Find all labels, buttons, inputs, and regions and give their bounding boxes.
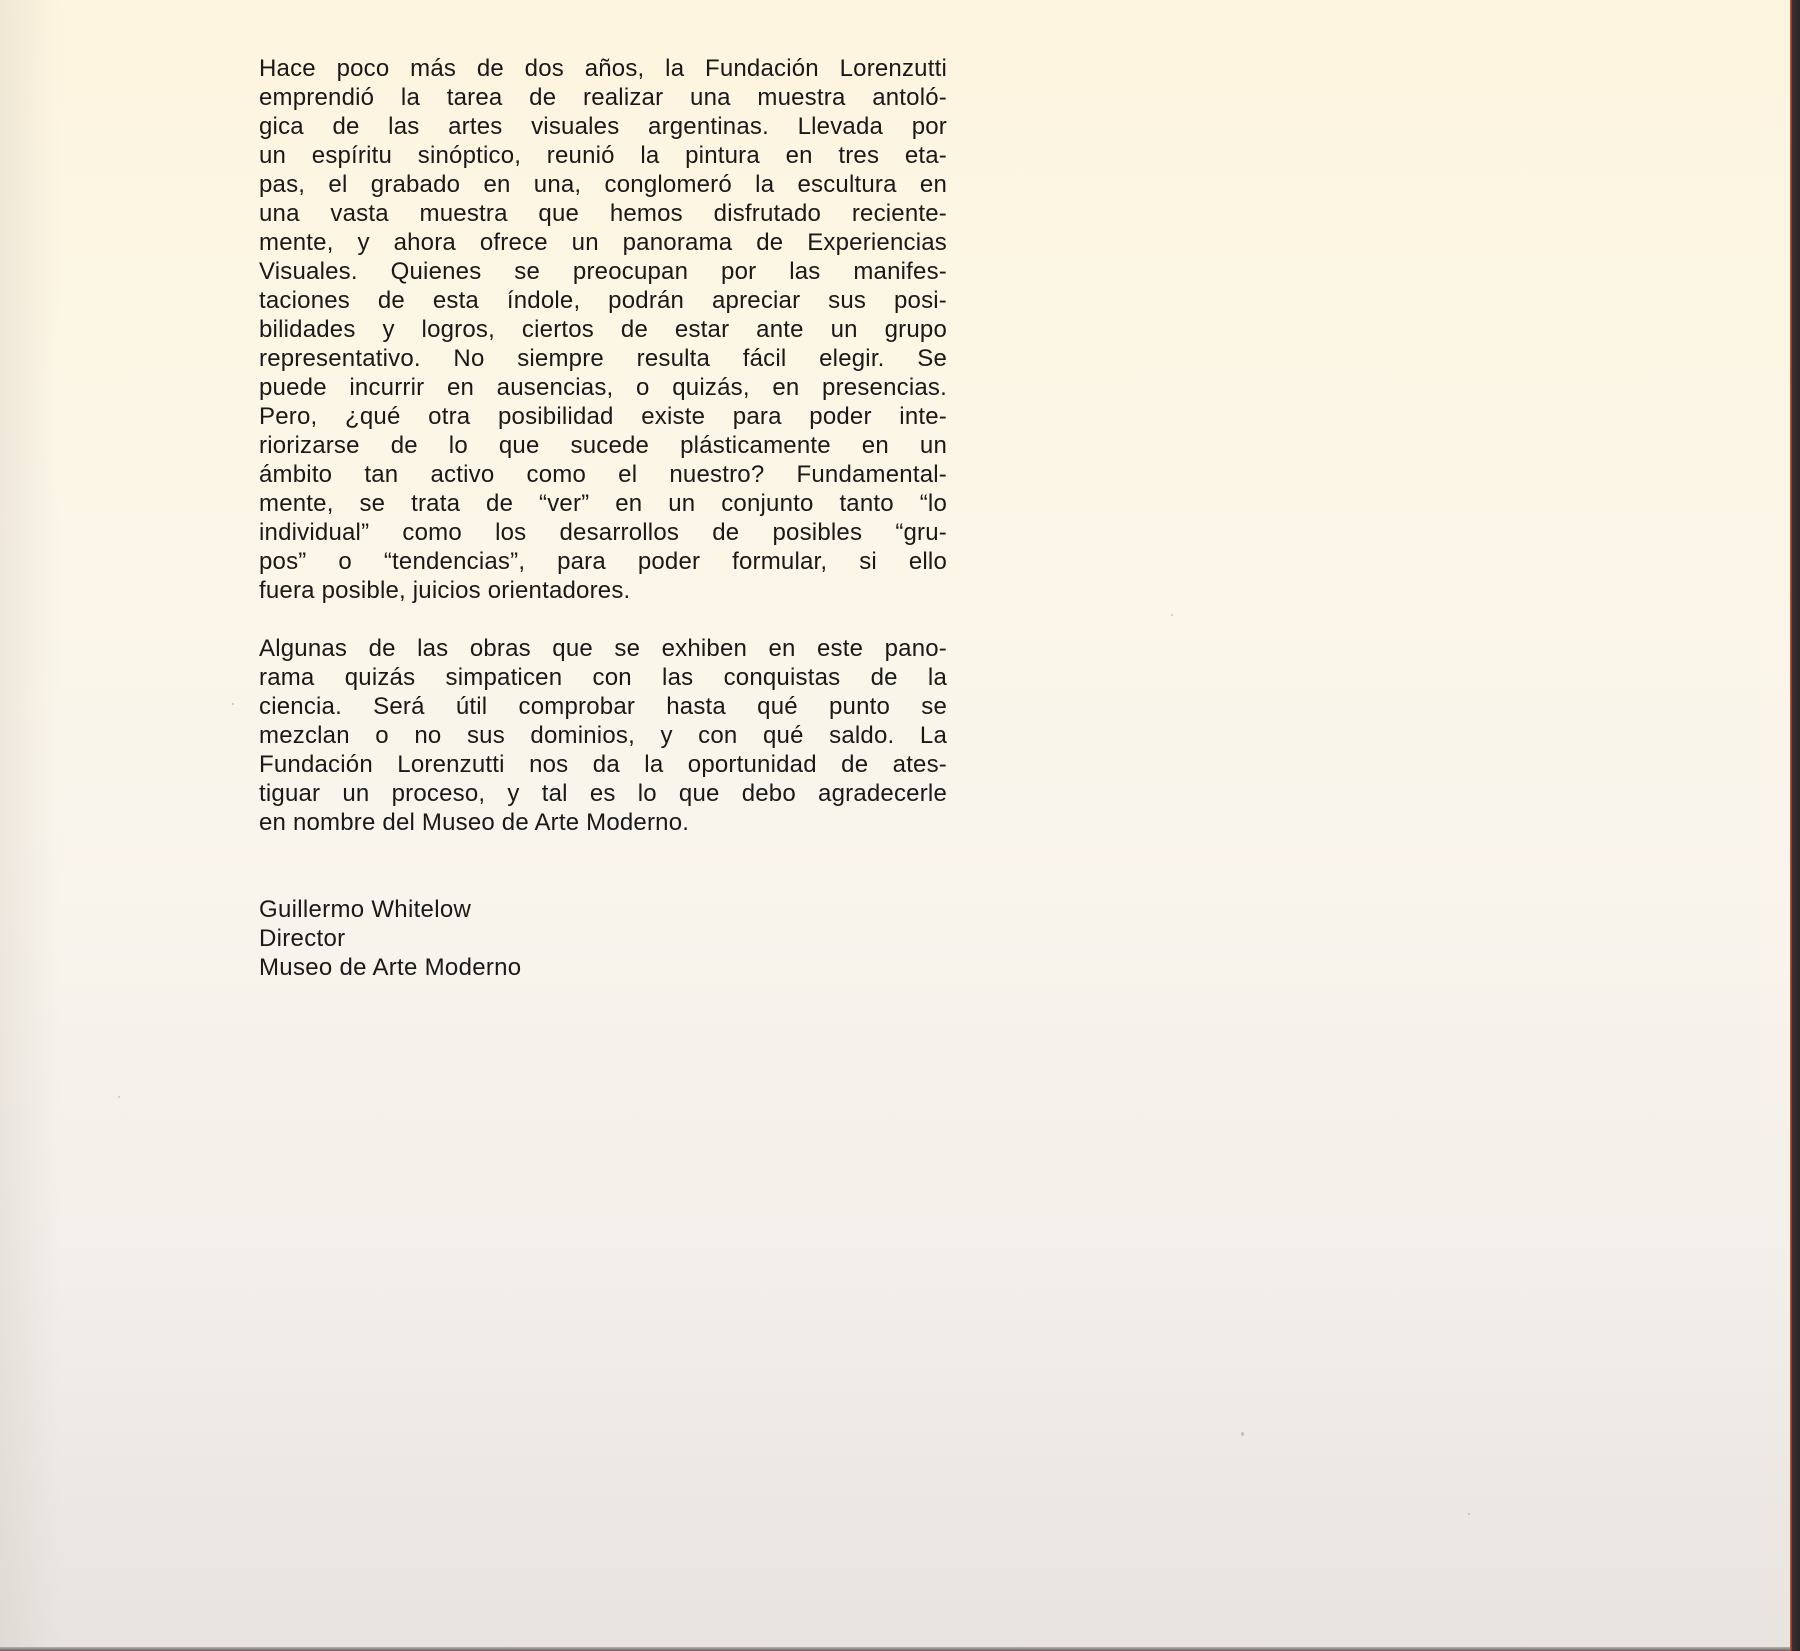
signature-title: Director <box>259 924 521 953</box>
page-bottom-edge <box>0 1647 1790 1651</box>
paper-speck <box>1241 1432 1244 1436</box>
text-line: Pero, ¿qué otra posibilidad existe para … <box>259 402 947 431</box>
body-text: Hace poco más de dos años, la Fundación … <box>259 54 947 837</box>
text-line: representativo. No siempre resulta fácil… <box>259 344 947 373</box>
text-line: un espíritu sinóptico, reunió la pintura… <box>259 141 947 170</box>
text-line: pos” o “tendencias”, para poder formular… <box>259 547 947 576</box>
text-line: mezclan o no sus dominios, y con qué sal… <box>259 721 947 750</box>
text-line: Visuales. Quienes se preocupan por las m… <box>259 257 947 286</box>
text-line: emprendió la tarea de realizar una muest… <box>259 83 947 112</box>
paper-speck <box>232 703 234 705</box>
text-line: mente, y ahora ofrece un panorama de Exp… <box>259 228 947 257</box>
text-line: taciones de esta índole, podrán apreciar… <box>259 286 947 315</box>
signature-institution: Museo de Arte Moderno <box>259 953 521 982</box>
paragraph-2: Algunas de las obras que se exhiben en e… <box>259 634 947 837</box>
paper-speck <box>1171 614 1173 616</box>
text-line: riorizarse de lo que sucede plásticament… <box>259 431 947 460</box>
signature-name: Guillermo Whitelow <box>259 895 521 924</box>
text-line: tiguar un proceso, y tal es lo que debo … <box>259 779 947 808</box>
text-line: rama quizás simpaticen con las conquista… <box>259 663 947 692</box>
text-line: Algunas de las obras que se exhiben en e… <box>259 634 947 663</box>
text-line: fuera posible, juicios orientadores. <box>259 576 947 605</box>
text-line: Fundación Lorenzutti nos da la oportunid… <box>259 750 947 779</box>
paper-speck <box>1468 1513 1470 1515</box>
text-line: bilidades y logros, ciertos de estar ant… <box>259 315 947 344</box>
text-line: gica de las artes visuales argentinas. L… <box>259 112 947 141</box>
text-line: individual” como los desarrollos de posi… <box>259 518 947 547</box>
text-line: ciencia. Será útil comprobar hasta qué p… <box>259 692 947 721</box>
text-line: ámbito tan activo como el nuestro? Funda… <box>259 460 947 489</box>
paper-speck <box>118 1096 120 1098</box>
scanned-page: Hace poco más de dos años, la Fundación … <box>0 0 1790 1648</box>
text-line: Hace poco más de dos años, la Fundación … <box>259 54 947 83</box>
text-line: mente, se trata de “ver” en un conjunto … <box>259 489 947 518</box>
text-line: una vasta muestra que hemos disfrutado r… <box>259 199 947 228</box>
text-line: pas, el grabado en una, conglomeró la es… <box>259 170 947 199</box>
paragraph-1: Hace poco más de dos años, la Fundación … <box>259 54 947 605</box>
page-gutter-shadow <box>0 0 60 1651</box>
signature-block: Guillermo Whitelow Director Museo de Art… <box>259 895 521 982</box>
page-right-edge <box>1790 0 1800 1651</box>
text-line: puede incurrir en ausencias, o quizás, e… <box>259 373 947 402</box>
text-line: en nombre del Museo de Arte Moderno. <box>259 808 947 837</box>
